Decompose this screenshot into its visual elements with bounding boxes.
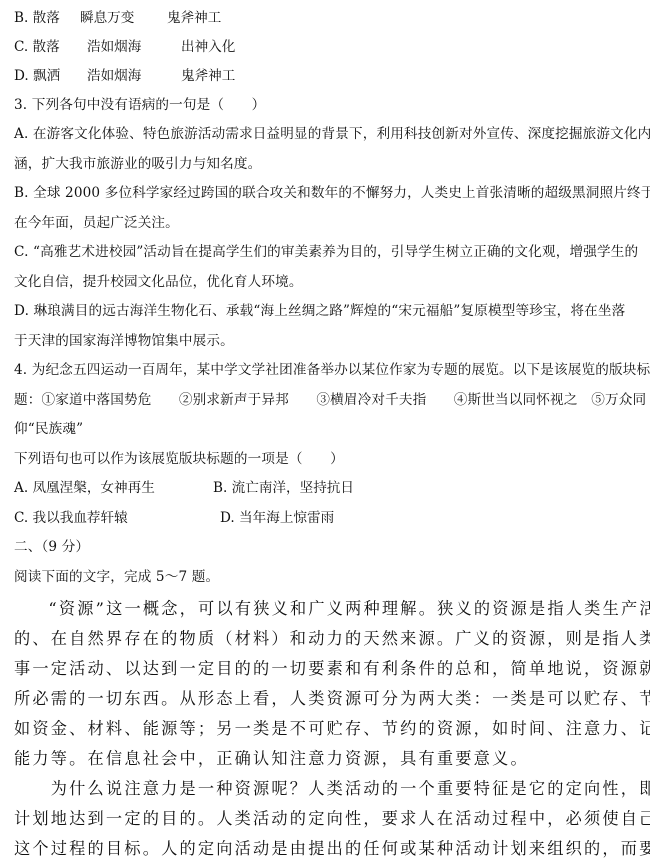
q4-option-b: B. 流亡南洋，坚持抗日 [213, 476, 354, 496]
q4-stem-line3: 仰“民族魂” [14, 417, 83, 437]
q4-stem-line2: 题：①家道中落国势危 ②别求新声于异邦 ③横眉冷对千夫指 ④斯世当以同怀视之 ⑤… [14, 388, 646, 408]
passage-line-7: 为什么说注意力是一种资源呢？人类活动的一个重要特征是它的定向性，即有意识、有 [14, 775, 650, 799]
q3-option-d-line1: D. 琳琅满目的远古海洋生物化石、承载“海上丝绸之路”辉煌的“宋元福船”复原模型… [14, 299, 625, 319]
q2-option-d-label: D. 飘洒 [14, 64, 60, 84]
q2-option-b-word3: 鬼斧神工 [167, 6, 221, 26]
passage-line-3: 事一定活动、以达到一定目的的一切要素和有利条件的总和，简单地说，资源就是人类活动 [14, 655, 650, 679]
passage-line-6: 能力等。在信息社会中，正确认知注意力资源，具有重要意义。 [14, 745, 529, 769]
q2-option-d-word3: 鬼斧神工 [181, 64, 235, 84]
q2-option-b-word2: 瞬息万变 [80, 6, 134, 26]
q3-option-c-line1: C. “高雅艺术进校园”活动旨在提高学生们的审美素养为目的，引导学生树立正确的文… [14, 240, 638, 260]
passage-line-5: 如资金、材料、能源等；另一类是不可贮存、节约的资源，如时间、注意力、记忆力、思维 [14, 715, 650, 739]
q4-option-a: A. 凤凰涅槃，女神再生 [14, 476, 155, 496]
q3-stem: 3. 下列各句中没有语病的一句是（ ） [14, 93, 265, 113]
q3-option-a-line1: A. 在游客文化体验、特色旅游活动需求日益明显的背景下，利用科技创新对外宣传、深… [14, 122, 650, 142]
passage-line-4: 所必需的一切东西。从形态上看，人类资源可分为两大类：一类是可以贮存、节约的资源， [14, 685, 650, 709]
q3-option-b-line1: B. 全球 2000 多位科学家经过跨国的联合攻关和数年的不懈努力，人类史上首张… [14, 181, 650, 201]
q3-option-a-line2: 涵，扩大我市旅游业的吸引力与知名度。 [14, 152, 261, 172]
passage-line-8: 计划地达到一定的目的。人类活动的定向性，要求人在活动过程中，必须使自己的意志服从 [14, 805, 650, 829]
passage-line-2: 的、在自然界存在的物质（材料）和动力的天然来源。广义的资源，则是指人类用来帮助从 [14, 625, 650, 649]
q2-option-d-word2: 浩如烟海 [87, 64, 141, 84]
passage-line-1: “资源”这一概念，可以有狭义和广义两种理解。狭义的资源是指人类生产活动所需要 [30, 595, 650, 619]
q2-option-c-word2: 浩如烟海 [87, 35, 141, 55]
passage-line-9: 这个过程的目标。人的定向活动是由提出的任何或某种活动计划来组织的，而要完成这种组 [14, 835, 650, 859]
q4-question: 下列语句也可以作为该展览版块标题的一项是（ ） [14, 447, 344, 467]
section2-instruction: 阅读下面的文字，完成 5～7 题。 [14, 565, 219, 585]
q2-option-b-label: B. 散落 [14, 6, 60, 26]
q3-option-c-line2: 文化自信，提升校园文化品位，优化育人环境。 [14, 270, 303, 290]
q3-option-b-line2: 在今年面，员起广泛关注。 [14, 211, 179, 231]
q4-stem-line1: 4. 为纪念五四运动一百周年，某中学文学社团准备举办以某位作家为专题的展览。以下… [14, 358, 650, 378]
section2-heading: 二、（9 分） [14, 535, 89, 555]
q2-option-c-word3: 出神入化 [181, 35, 235, 55]
q4-option-c: C. 我以我血荐轩辕 [14, 506, 128, 526]
q2-option-c-label: C. 散落 [14, 35, 60, 55]
q4-option-d: D. 当年海上惊雷雨 [220, 506, 334, 526]
q3-option-d-line2: 于天津的国家海洋博物馆集中展示。 [14, 329, 234, 349]
